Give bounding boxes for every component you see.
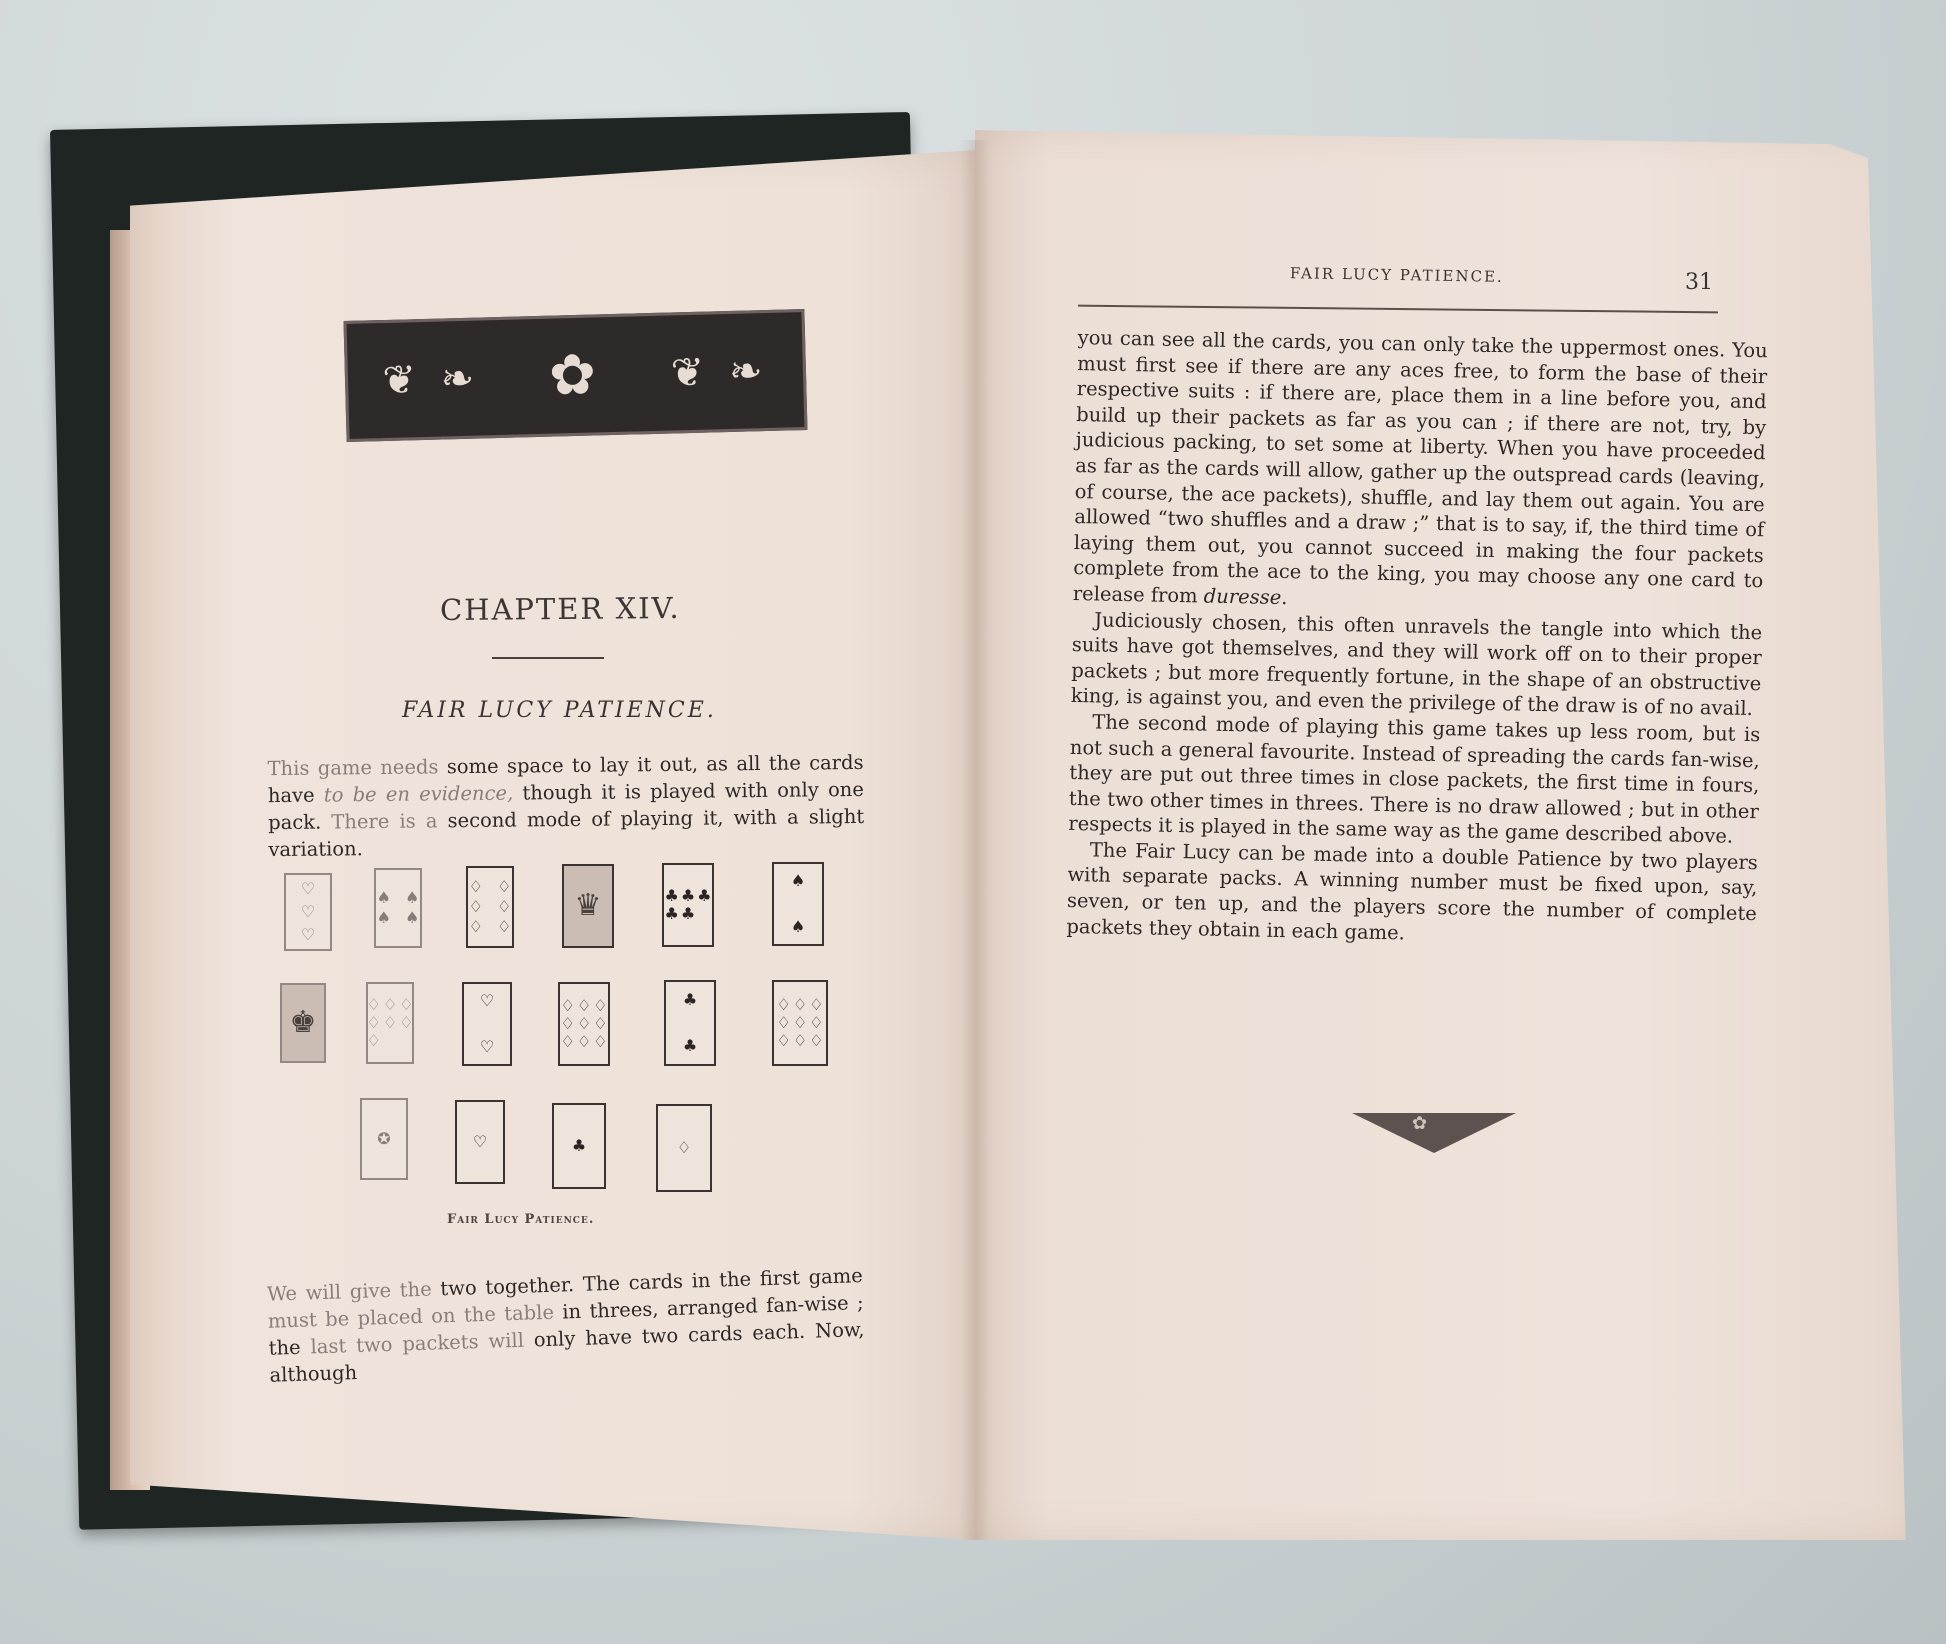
running-head: FAIR LUCY PATIENCE. — [1290, 264, 1504, 286]
floral-scroll-icon: ❦ ❧ — [382, 355, 481, 404]
chapter-subtitle: FAIR LUCY PATIENCE. — [402, 698, 717, 723]
text-fragment: must be placed on the table — [268, 1301, 555, 1333]
playing-card: ♢ — [656, 1104, 712, 1192]
playing-card: ♢♢♢♢♢♢ — [466, 866, 514, 948]
card-suit-icon: ♡♡ — [480, 993, 494, 1055]
tailpiece-ornament — [1352, 1113, 1516, 1153]
playing-card: ♡ — [455, 1100, 505, 1184]
playing-card: ♡♡ — [462, 982, 512, 1066]
text-fragment: last two packets will — [310, 1329, 524, 1359]
card-suit-icon: ♣ — [572, 1138, 586, 1154]
playing-card: ♠♠♠♠ — [374, 868, 422, 948]
card-suit-icon: ♚ — [290, 1008, 317, 1038]
page-number: 31 — [1685, 270, 1713, 295]
card-suit-icon: ✪ — [377, 1131, 390, 1147]
card-suit-icon: ♠♠ — [791, 873, 805, 935]
card-suit-icon: ♡♡♡ — [301, 881, 315, 943]
closing-paragraph: We will give the two together. The cards… — [267, 1262, 866, 1389]
playing-card: ♡♡♡ — [284, 873, 332, 951]
text-fragment: you can see all the cards, you can only … — [1073, 326, 1768, 607]
playing-card: ♚ — [280, 983, 326, 1063]
playing-card: ♣ — [552, 1103, 606, 1189]
text-fragment: to be en evidence, — [324, 782, 514, 807]
figure-caption: Fair Lucy Patience. — [447, 1212, 594, 1227]
paragraph: The second mode of playing this game tak… — [1068, 709, 1760, 850]
card-suit-icon: ♢♢♢♢♢♢♢♢♢ — [560, 998, 607, 1050]
chapter-rule — [492, 657, 604, 659]
intro-paragraph: This game needs some space to lay it out… — [267, 749, 864, 863]
flower-icon: ✿ — [1412, 1113, 1427, 1134]
playing-card: ♠♠ — [772, 862, 824, 946]
text-fragment: There is a — [331, 809, 437, 833]
rose-icon: ✿ — [548, 342, 603, 408]
playing-card: ♛ — [562, 864, 614, 948]
playing-card: ♣♣ — [664, 980, 716, 1066]
card-suit-icon: ♣♣ — [683, 992, 697, 1054]
text-fragment: We will give the — [267, 1278, 432, 1306]
ornamental-headband: ❦ ❧ ✿ ❦ ❧ — [343, 309, 807, 442]
playing-card: ♣♣♣♣♣ — [662, 863, 714, 947]
playing-card: ✪ — [360, 1098, 408, 1180]
paragraph: The Fair Lucy can be made into a double … — [1066, 837, 1758, 953]
italic-term: duresse — [1204, 584, 1282, 608]
floral-scroll-icon: ❦ ❧ — [670, 347, 769, 396]
text-fragment: . — [1281, 586, 1288, 609]
card-suit-icon: ♡ — [473, 1134, 487, 1150]
book-gutter — [960, 140, 990, 1540]
text-fragment: This game needs — [267, 755, 438, 780]
chapter-title: CHAPTER XIV. — [440, 591, 681, 627]
card-suit-icon: ♢ — [677, 1140, 691, 1156]
card-suit-icon: ♠♠♠♠ — [377, 890, 420, 926]
card-suit-icon: ♢♢♢♢♢♢♢ — [366, 997, 413, 1049]
paragraph: you can see all the cards, you can only … — [1073, 325, 1768, 620]
paragraph: Judiciously chosen, this often unravels … — [1071, 606, 1763, 722]
playing-card: ♢♢♢♢♢♢♢♢♢ — [558, 982, 610, 1066]
card-suit-icon: ♢♢♢♢♢♢♢♢♢ — [776, 997, 823, 1049]
playing-card: ♢♢♢♢♢♢♢ — [366, 982, 414, 1064]
card-suit-icon: ♣♣♣♣♣ — [664, 888, 711, 922]
card-suit-icon: ♢♢♢♢♢♢ — [469, 879, 512, 935]
right-page-body: you can see all the cards, you can only … — [1066, 325, 1768, 952]
playing-card: ♢♢♢♢♢♢♢♢♢ — [772, 980, 828, 1066]
card-suit-icon: ♛ — [575, 891, 602, 921]
